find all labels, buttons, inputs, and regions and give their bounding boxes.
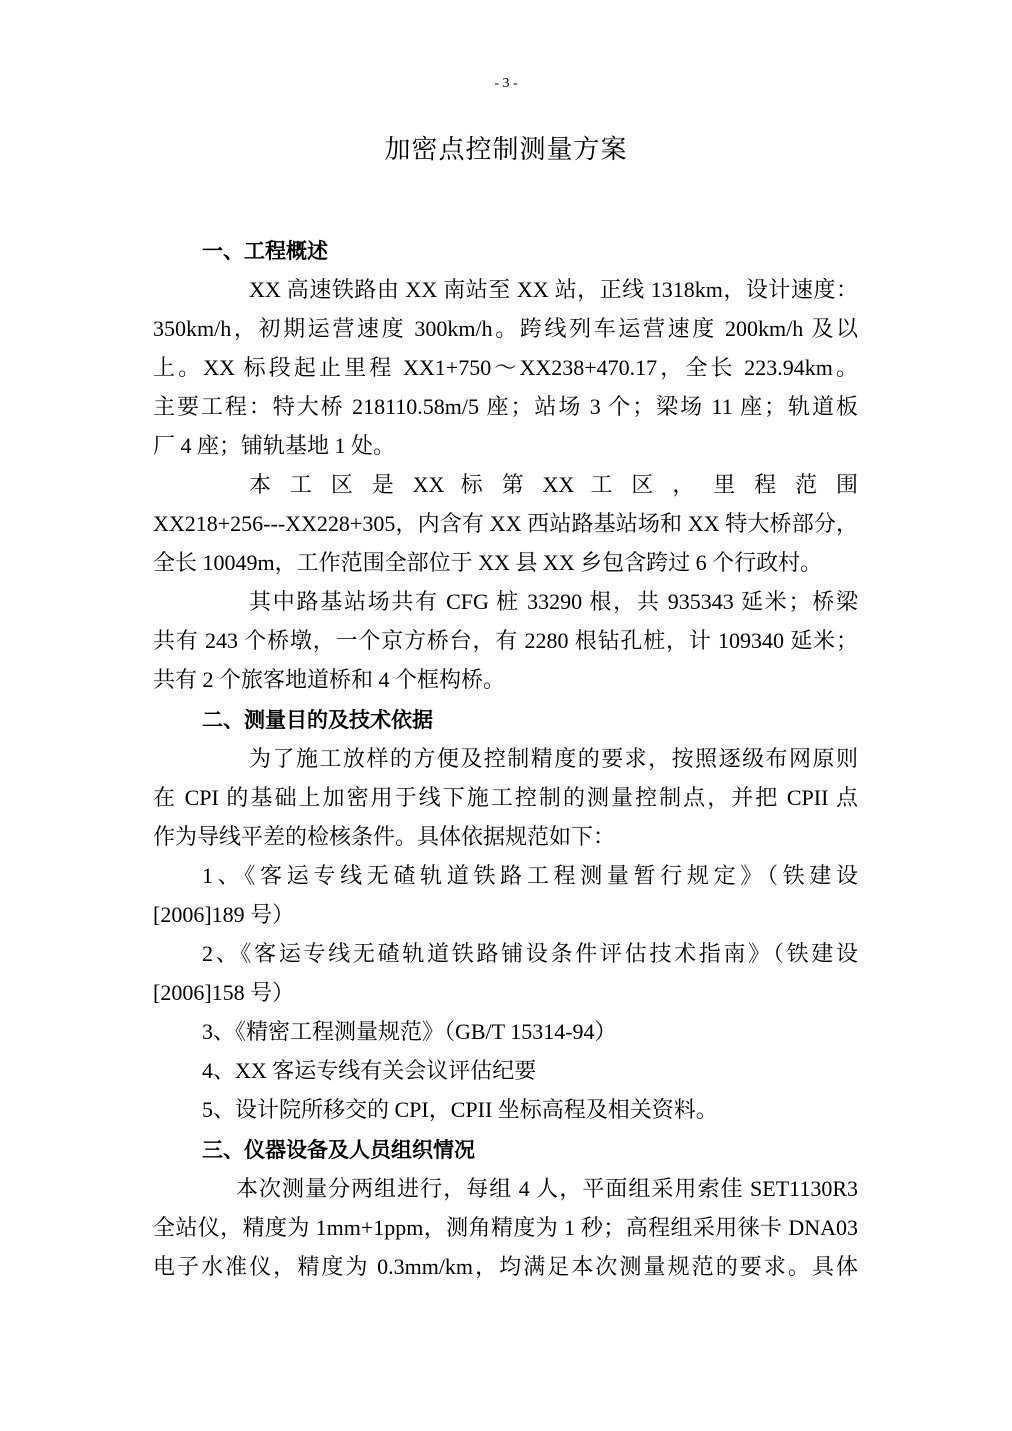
- section-heading-overview: 一、工程概述: [202, 236, 907, 266]
- paragraph-line: 厂 4 座；铺轨基地 1 处。: [153, 431, 858, 461]
- paragraph-line: 全长 10049m，工作范围全部位于 XX 县 XX 乡包含跨过 6 个行政村。: [153, 548, 858, 578]
- paragraph-line: 上。XX 标段起止里程 XX1+750～XX238+470.17，全长 223.…: [153, 353, 858, 383]
- paragraph-line: 本 工 区 是 XX 标 第 XX 工 区 ， 里 程 范 围: [249, 470, 858, 500]
- paragraph-line: 为了施工放样的方便及控制精度的要求，按照逐级布网原则: [249, 744, 858, 774]
- paragraph-line: 主要工程：特大桥 218110.58m/5 座；站场 3 个；梁场 11 座；轨…: [153, 392, 858, 422]
- paragraph-line: 本次测量分两组进行，每组 4 人，平面组采用索佳 SET1130R3: [236, 1174, 858, 1204]
- page-number: - 3 -: [0, 74, 1012, 94]
- section-heading-purpose: 二、测量目的及技术依据: [202, 705, 907, 735]
- section-heading-equipment: 三、仪器设备及人员组织情况: [202, 1135, 907, 1165]
- paragraph-line: 作为导线平差的检核条件。具体依据规范如下：: [153, 822, 858, 852]
- reference-item: 5、设计院所移交的 CPI，CPII 坐标高程及相关资料。: [202, 1095, 858, 1125]
- reference-item: 4、XX 客运专线有关会议评估纪要: [202, 1056, 858, 1086]
- paragraph-line: 共有 243 个桥墩，一个京方桥台，有 2280 根钻孔桩，计 109340 延…: [153, 626, 858, 656]
- paragraph-line: 350km/h，初期运营速度 300km/h。跨线列车运营速度 200km/h …: [153, 314, 858, 344]
- reference-item: 3、《精密工程测量规范》（GB/T 15314-94）: [202, 1017, 858, 1047]
- reference-item: 2、《客运专线无碴轨道铁路铺设条件评估技术指南》（铁建设: [202, 939, 858, 969]
- paragraph-line: 全站仪，精度为 1mm+1ppm，测角精度为 1 秒；高程组采用徕卡 DNA03: [153, 1213, 858, 1243]
- paragraph-line: 电子水准仪，精度为 0.3mm/km，均满足本次测量规范的要求。具体: [153, 1252, 858, 1282]
- paragraph-line: 共有 2 个旅客地道桥和 4 个框构桥。: [153, 665, 858, 695]
- paragraph-line: 在 CPI 的基础上加密用于线下施工控制的测量控制点，并把 CPII 点: [153, 783, 858, 813]
- reference-item: 1、《客运专线无碴轨道铁路工程测量暂行规定》（铁建设: [202, 861, 858, 891]
- document-title: 加密点控制测量方案: [0, 130, 1012, 170]
- reference-item: [2006]158 号）: [153, 978, 858, 1008]
- paragraph-line: 其中路基站场共有 CFG 桩 33290 根，共 935343 延米；桥梁: [249, 587, 858, 617]
- paragraph-line: XX218+256---XX228+305，内含有 XX 西站路基站场和 XX …: [153, 509, 858, 539]
- reference-item: [2006]189 号）: [153, 900, 858, 930]
- paragraph-line: XX 高速铁路由 XX 南站至 XX 站，正线 1318km，设计速度：: [249, 275, 858, 305]
